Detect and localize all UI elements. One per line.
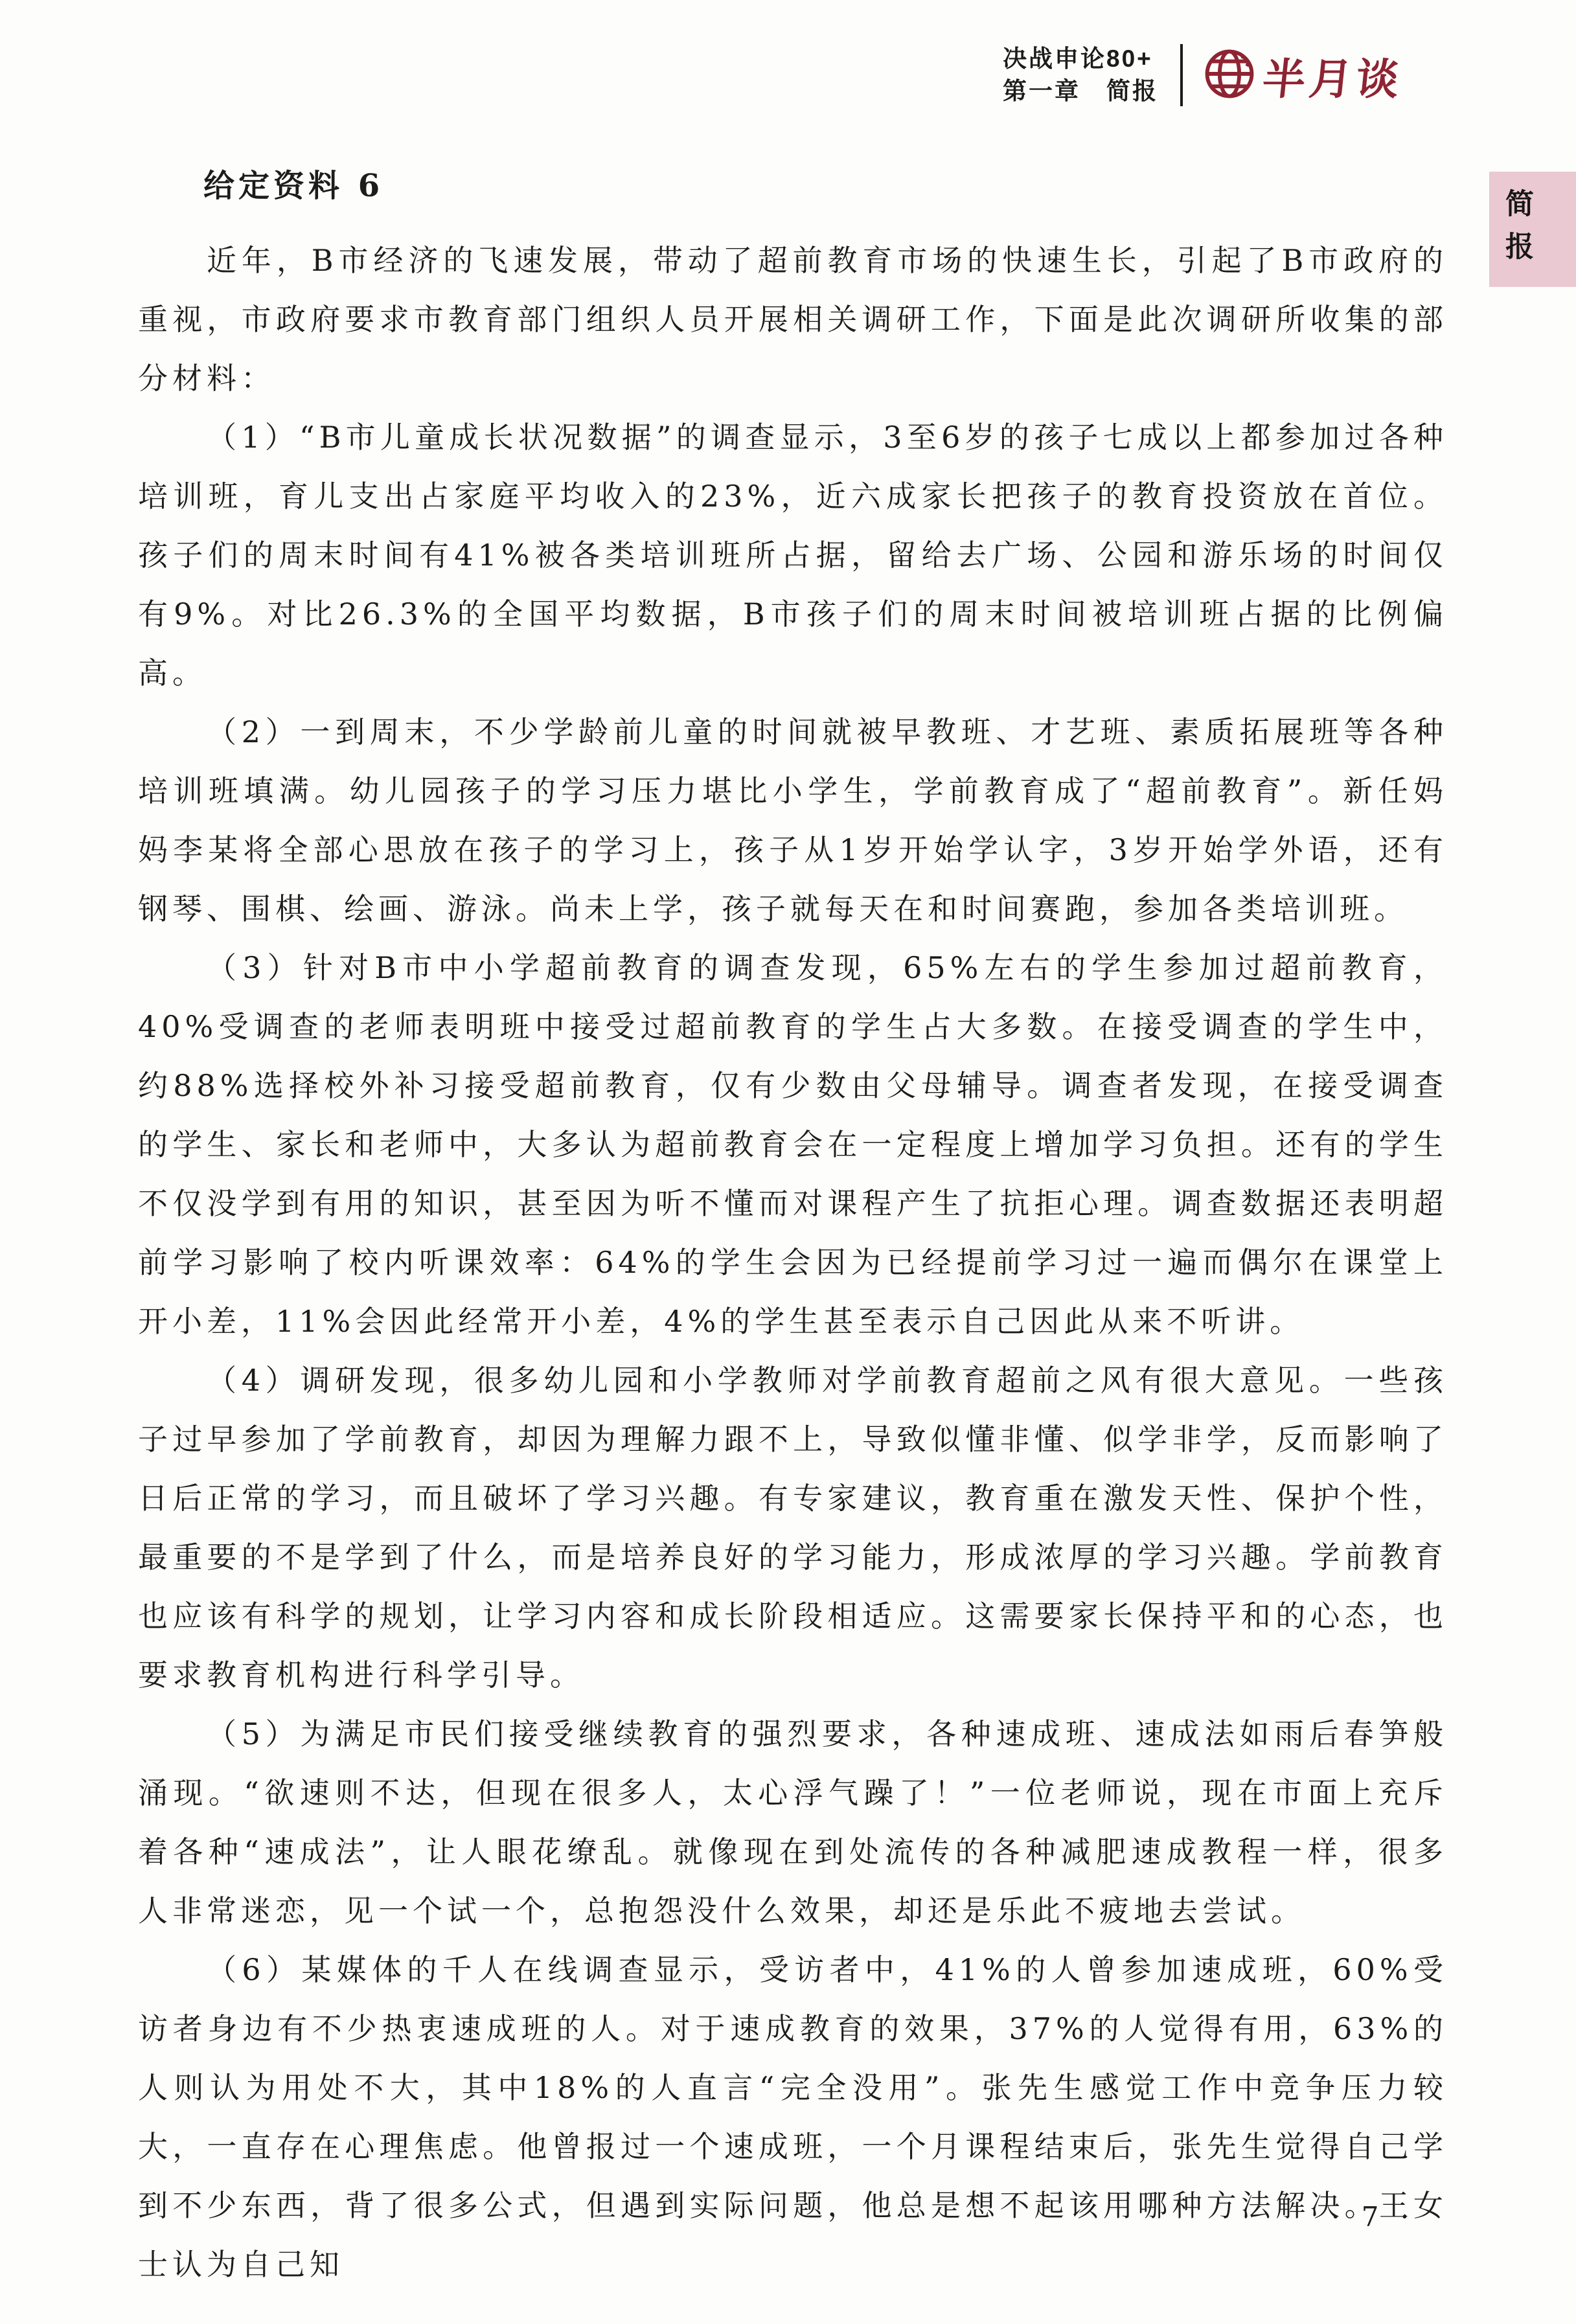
- page-number: · 7 ·: [1331, 2201, 1415, 2233]
- paragraph-4: （4）调研发现，很多幼儿园和小学教师对学前教育超前之风有很大意见。一些孩子过早参…: [138, 1351, 1448, 1705]
- section-title: 给定资料 6: [203, 161, 1448, 205]
- header-divider: [1180, 44, 1183, 106]
- page-header: 决战申论80+ 第一章 简报 半月谈: [1003, 43, 1403, 108]
- brand-logo: 半月谈: [1202, 45, 1403, 106]
- paragraph-6: （6）某媒体的千人在线调查显示，受访者中，41%的人曾参加速成班，60%受访者身…: [138, 1941, 1448, 2294]
- paragraph-intro: 近年，B市经济的飞速发展，带动了超前教育市场的快速生长，引起了B市政府的重视，市…: [138, 231, 1448, 408]
- header-titles: 决战申论80+ 第一章 简报: [1003, 43, 1158, 108]
- side-tab-label: 简报: [1502, 188, 1531, 274]
- document-page: 决战申论80+ 第一章 简报 半月谈 简报: [0, 0, 1576, 2324]
- paragraph-2: （2）一到周末，不少学龄前儿童的时间就被早教班、才艺班、素质拓展班等各种培训班填…: [138, 703, 1448, 939]
- paragraph-5: （5）为满足市民们接受继续教育的强烈要求，各种速成班、速成法如雨后春笋般涌现。“…: [138, 1705, 1448, 1941]
- chapter-side-tab: 简报: [1489, 172, 1576, 287]
- paragraph-3: （3）针对B市中小学超前教育的调查发现，65%左右的学生参加过超前教育，40%受…: [138, 939, 1448, 1351]
- book-title: 决战申论80+: [1003, 43, 1158, 75]
- brand-name: 半月谈: [1260, 45, 1406, 106]
- document-content: 给定资料 6 近年，B市经济的飞速发展，带动了超前教育市场的快速生长，引起了B市…: [138, 161, 1448, 2294]
- paragraph-1: （1）“B市儿童成长状况数据”的调查显示，3至6岁的孩子七成以上都参加过各种培训…: [138, 408, 1448, 703]
- globe-icon: [1202, 47, 1257, 104]
- chapter-title: 第一章 简报: [1003, 75, 1158, 108]
